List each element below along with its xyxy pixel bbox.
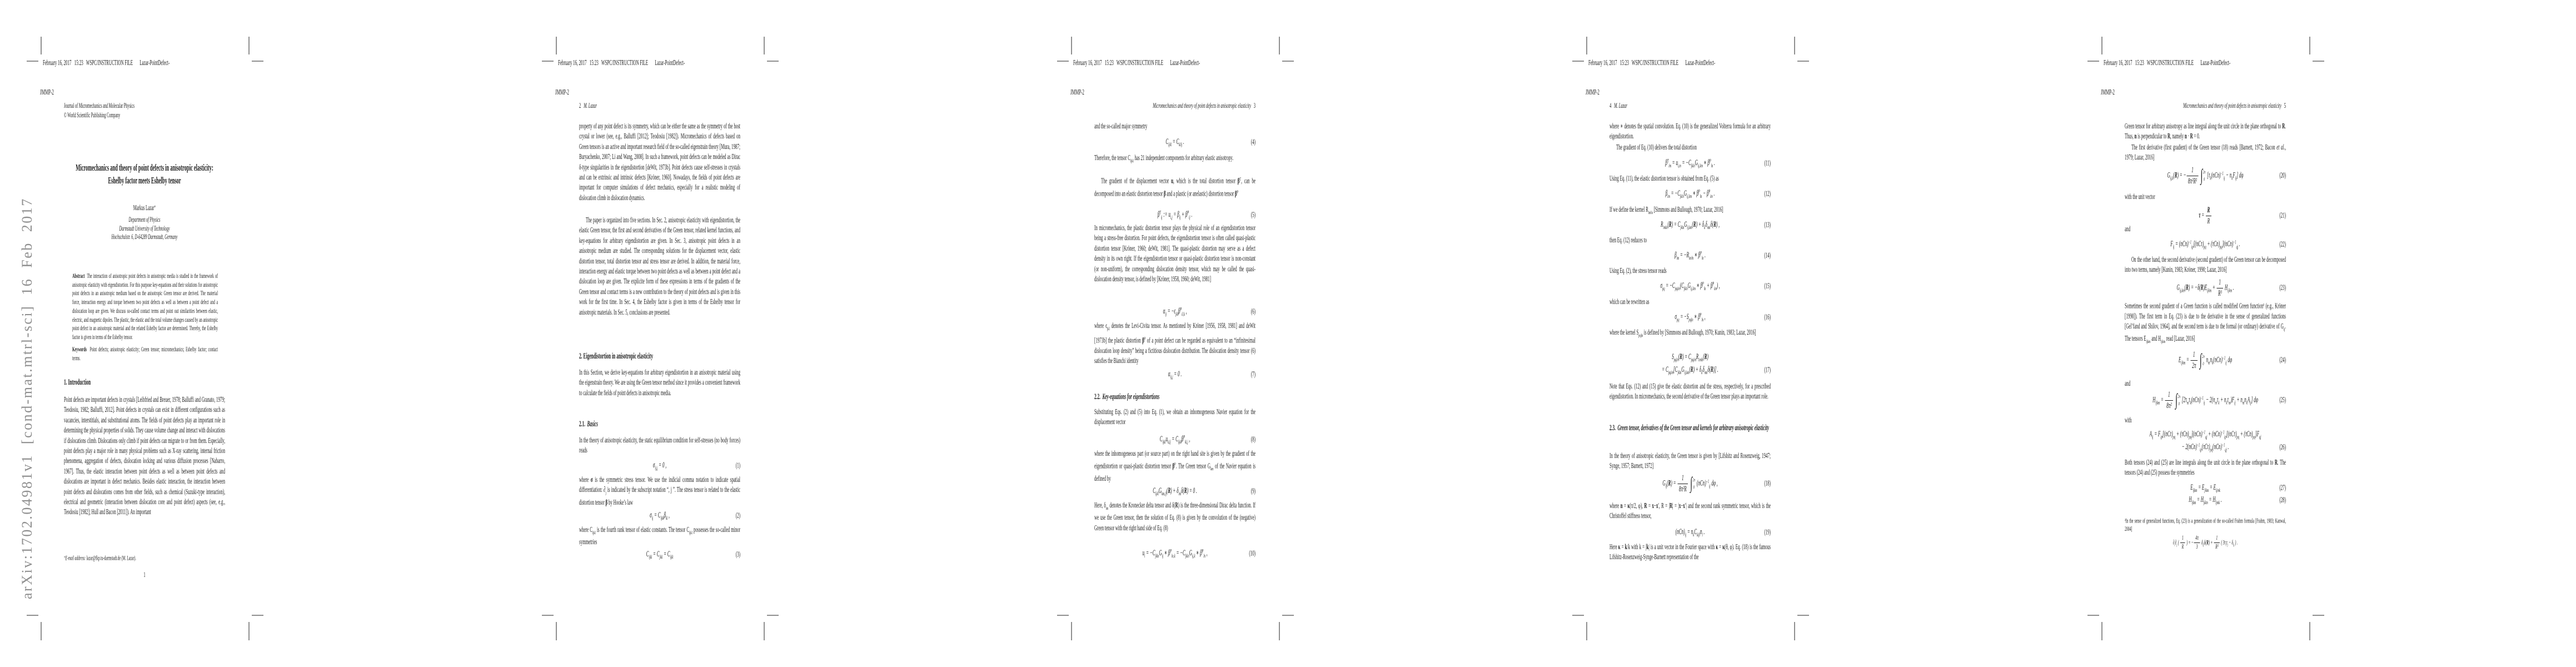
paragraph: with	[2125, 416, 2286, 426]
crop-mark	[27, 61, 38, 62]
paragraph: Point defects are important defects in c…	[64, 395, 225, 518]
page-3: February 16, 2017 15:23 WSPC/INSTRUCTION…	[1030, 0, 1546, 667]
equation-body: βTim = ui,m = −CjklnGij,km ∗ βPln .	[1610, 158, 1771, 169]
equation-10: ui = −CjklnGij ∗ βPln,k = −CjklnGij,k ∗ …	[1094, 548, 1255, 559]
equation-number: (4)	[1251, 137, 1255, 147]
journal-name: Journal of Micromechanics and Molecular …	[64, 101, 225, 111]
paragraph: In micromechanics, the plastic distortio…	[1094, 223, 1255, 285]
equation-27: Eijkm = Ejikm = Eijmk (27)	[2125, 482, 2286, 494]
equation-body: Fij = (nCn)−1ip[(nCτ)pq + (τCn)pq](nCn)−…	[2125, 239, 2286, 250]
subsection-heading-basics: 2.1. Basics	[579, 420, 740, 429]
header-line-2: JMMP-2	[555, 88, 766, 98]
subsection-label: 2.3.	[1610, 424, 1616, 432]
equation-body: βim = −CjklnGij,km ∗ βPln − βPim .	[1610, 188, 1771, 200]
running-head-page-number: 3	[1254, 101, 1255, 109]
equation-body: Eijkm = Ejikm = Eijmk	[2125, 482, 2286, 494]
equation-18: Gij(R) = 18π²R ∫2π0 (nCn)−1ij dφ , (18)	[1610, 474, 1771, 494]
equation-body: βim = −Rimln ∗ βPln .	[1610, 250, 1771, 261]
equation-28: Hijkm = Hjikm = Hijmk . (28)	[2125, 495, 2286, 506]
equation-21: τ = RR (21)	[2125, 206, 2286, 226]
equation-body: σpq = −Cpqim(CjklnGij,km ∗ βPln + βPim) …	[1610, 281, 1771, 292]
paragraph: Sometimes the second gradient of a Green…	[2125, 299, 2286, 347]
equation-24: Eijkm = 12π ∫2π0 nmnk(nCn)−1ij dφ (24)	[2125, 350, 2286, 370]
paragraph: In the theory of anisotropic elasticity,…	[1610, 451, 1771, 472]
footnote-email: ∗E-mail address: lazar@fkp.tu-darmstadt.…	[64, 553, 225, 563]
equation-body: = Cpqim[CjklnGij,km(R) + δilδmnδ(R)] .	[1610, 365, 1771, 376]
crop-mark	[1572, 61, 1584, 62]
subsection-title: Green tensor, derivatives of the Green t…	[1618, 424, 1769, 432]
paragraph: Therefore, the tensor Cijkl has 21 indep…	[1094, 153, 1255, 166]
running-head-title: Micromechanics and theory of point defec…	[2183, 101, 2281, 109]
paragraph: property of any point defect is its symm…	[579, 122, 740, 203]
equation-number: (27)	[2279, 483, 2286, 493]
paragraph: where ∗ denotes the spatial convolution.…	[1610, 122, 1771, 142]
equation-body: αij,j = 0 .	[1094, 369, 1255, 380]
paper-title-line-2: Eshelby factor meets Eshelby tensor	[64, 174, 225, 187]
equation-4: Cijkl = Cklij . (4)	[1094, 137, 1255, 148]
paragraph: with the unit vector	[2125, 192, 2286, 202]
equation-11: βTim = ui,m = −CjklnGij,km ∗ βPln . (11)	[1610, 158, 1771, 169]
equation-17-line-1: Spqln(R) = CpqimRimln(R)	[1610, 352, 1771, 363]
equation-body: τ = RR	[2125, 206, 2286, 226]
equation-26-line-1: Aij = Fip[(nCτ)pq + (τCn)pq](nCn)−1qj + …	[2125, 429, 2286, 440]
equation-body: Spqln(R) = CpqimRimln(R)	[1610, 352, 1771, 363]
header-line-2: JMMP-2	[1586, 88, 1797, 98]
section-heading-introduction: 1. Introduction	[64, 378, 225, 387]
equation-body: Rimln(R) = CjklnGij,km(R) + δilδmnδ(R) ,	[1610, 220, 1771, 231]
equation-body: Gij,km(R) = −δ(R)Eijkm + 1R³ Hijkm .	[2125, 278, 2286, 298]
equation-body: ∂i∂j ( 1R ) = −4π3 δijδ(R) + 1R³ ( 3τiτj…	[2125, 535, 2286, 551]
equation-20: Gij,k(R) = −18π²R² ∫2π0 [τk(nCn)−1ij − n…	[2125, 166, 2286, 186]
equation-body: σpq = −Spqln ∗ βPln ,	[1610, 312, 1771, 323]
running-head: Micromechanics and theory of point defec…	[1094, 101, 1255, 110]
equation-number: (16)	[1764, 312, 1771, 322]
paper-title-line-1: Micromechanics and theory of point defec…	[64, 161, 225, 174]
crop-mark	[542, 615, 554, 616]
equation-22: Fij = (nCn)−1ip[(nCτ)pq + (τCn)pq](nCn)−…	[2125, 239, 2286, 250]
running-head: Micromechanics and theory of point defec…	[2125, 101, 2286, 110]
crop-mark	[1057, 61, 1069, 62]
paragraph: If we define the kernel Rimln [Simmons a…	[1610, 205, 1771, 217]
equation-body: Gij(R) = 18π²R ∫2π0 (nCn)−1ij dφ ,	[1610, 474, 1771, 494]
header-line-2: JMMP-2	[1070, 88, 1282, 98]
footnote-frahm: aIn the sense of generalized functions, …	[2125, 516, 2286, 533]
subsection-heading-key-equations: 2.2. Key-equations for eigendistortions	[1094, 392, 1255, 402]
paragraph: The first derivative (first gradient) of…	[2125, 143, 2286, 163]
equation-number: (13)	[1764, 220, 1771, 230]
paragraph: where the kernel Spqln is defined by [Si…	[1610, 328, 1771, 340]
equation-12: βim = −CjklnGij,km ∗ βPln − βPim . (12)	[1610, 188, 1771, 200]
equation-number: (21)	[2279, 211, 2286, 221]
equation-number: (15)	[1764, 281, 1771, 291]
paragraph: The paper is organized into five section…	[579, 216, 740, 318]
equation-body: (nCn)ij = nkCikjlnl .	[1610, 527, 1771, 538]
equation-body: Aij = Fip[(nCτ)pq + (τCn)pq](nCn)−1qj + …	[2125, 429, 2286, 440]
equation-body: Gij,k(R) = −18π²R² ∫2π0 [τk(nCn)−1ij − n…	[2125, 166, 2286, 186]
equation-number: (5)	[1251, 210, 1255, 220]
equation-body: ui = −CjklnGij ∗ βPln,k = −CjklnGij,k ∗ …	[1094, 548, 1255, 559]
page-2: February 16, 2017 15:23 WSPC/INSTRUCTION…	[515, 0, 1030, 667]
affiliation-university: Darmstadt University of Technology	[64, 225, 225, 233]
running-head-page-number: 4	[1610, 101, 1611, 109]
affiliation-department: Department of Physics	[64, 216, 225, 225]
equation-number: (22)	[2279, 240, 2286, 250]
equation-number: (26)	[2279, 442, 2286, 452]
equation-body: Eijkm = 12π ∫2π0 nmnk(nCn)−1ij dφ	[2125, 350, 2286, 370]
subsection-label: 2.1.	[579, 420, 585, 429]
paragraph: where ϵjkl denotes the Levi-Civita tenso…	[1094, 321, 1255, 367]
affiliation-address: Hochschulstr. 6, D-64289 Darmstadt, Germ…	[64, 233, 225, 242]
equation-25: Hijkm = 18π² ∫2π0 [2τmτk(nCn)−1ij − 2(nm…	[2125, 390, 2286, 410]
subsection-label: 2.2.	[1094, 392, 1100, 401]
header-line-1: February 16, 2017 15:23 WSPC/INSTRUCTION…	[1586, 58, 1797, 68]
author-name: Markus Lazar∗	[64, 203, 225, 212]
paragraph: and	[2125, 225, 2286, 235]
equation-number: (10)	[1249, 549, 1255, 559]
journal-block: Journal of Micromechanics and Molecular …	[64, 101, 225, 120]
paragraph: On the other hand, the second derivative…	[2125, 255, 2286, 276]
equation-16: σpq = −Spqln ∗ βPln , (16)	[1610, 312, 1771, 323]
paragraph: Here κ = k/k with k = |k| is a unit vect…	[1610, 542, 1771, 563]
header-line-1: February 16, 2017 15:23 WSPC/INSTRUCTION…	[40, 58, 251, 68]
equation-number: (3)	[736, 550, 740, 560]
section-heading-eigendistortion: 2. Eigendistortion in anisotropic elasti…	[579, 352, 740, 361]
header-line-1: February 16, 2017 15:23 WSPC/INSTRUCTION…	[555, 58, 766, 68]
equation-body: − 2(nCn)−1ip(τCτ)pq(nCn)−1qj .	[2125, 442, 2286, 453]
crop-mark	[27, 615, 38, 616]
running-head-author: M. Lazar	[1614, 101, 1627, 109]
equation-number: (24)	[2279, 355, 2286, 365]
header-line-1: February 16, 2017 15:23 WSPC/INSTRUCTION…	[2101, 58, 2312, 68]
paragraph: The gradient of the displacement vector …	[1094, 174, 1255, 199]
abstract: Abstract The interaction of anisotropic …	[72, 272, 218, 342]
equation-number: (6)	[1251, 307, 1255, 317]
equation-13: Rimln(R) = CjklnGij,km(R) + δilδmnδ(R) ,…	[1610, 220, 1771, 231]
equation-7: αij,j = 0 . (7)	[1094, 369, 1255, 380]
equation-number: (7)	[1251, 370, 1255, 380]
subsection-title: Basics	[587, 420, 598, 429]
crop-mark	[2087, 615, 2099, 616]
equation-17-line-2: = Cpqim[CjklnGij,km(R) + δilδmnδ(R)] . (…	[1610, 365, 1771, 376]
equation-9: CijklGkm,lj(R) + δimδ(R) = 0 . (9)	[1094, 486, 1255, 497]
header-line-2: JMMP-2	[2101, 88, 2312, 98]
equation-number: (12)	[1764, 189, 1771, 199]
running-head-page-number: 2	[579, 101, 581, 109]
paragraph: then Eq. (12) reduces to	[1610, 236, 1771, 246]
equation-14: βim = −Rimln ∗ βPln . (14)	[1610, 250, 1771, 261]
paragraph: In the theory of anisotropic elasticity,…	[579, 436, 740, 456]
equation-number: (14)	[1764, 251, 1771, 261]
equation-body: σij = Cijklβkl ,	[579, 510, 740, 521]
paragraph: Here, δim denotes the Kronecker delta te…	[1094, 501, 1255, 534]
footnote-equation: ∂i∂j ( 1R ) = −4π3 δijδ(R) + 1R³ ( 3τiτj…	[2125, 535, 2286, 551]
affiliation-block: Department of Physics Darmstadt Universi…	[64, 216, 225, 242]
equation-body: Cijkl = Cjikl = Cijlk	[579, 549, 740, 560]
equation-body: CijklGkm,lj(R) + δimδ(R) = 0 .	[1094, 486, 1255, 497]
paragraph: where n = κ(π/2, φ), R = x−x′, R = |R| =…	[1610, 501, 1771, 522]
equation-6: αij = −ϵjklβPil,k , (6)	[1094, 306, 1255, 317]
paragraph: where the inhomogeneous part (or source …	[1094, 449, 1255, 484]
equation-number: (9)	[1251, 486, 1255, 496]
header-line-1: February 16, 2017 15:23 WSPC/INSTRUCTION…	[1070, 58, 1282, 68]
paragraph: In this Section, we derive key-equations…	[579, 368, 740, 399]
running-head: 4 M. Lazar	[1610, 101, 1771, 110]
crop-mark	[1057, 615, 1069, 616]
equation-number: (19)	[1764, 527, 1771, 537]
keywords-label: Keywords	[72, 345, 87, 353]
equation-body: Hijkm = Hjikm = Hijmk .	[2125, 495, 2286, 506]
abstract-text: The interaction of anisotropic point def…	[72, 272, 218, 341]
running-head: 2 M. Lazar	[579, 101, 740, 110]
paragraph: Green tensor for arbitrary anisotropy as…	[2125, 122, 2286, 142]
crop-mark	[542, 61, 554, 62]
crop-mark	[2087, 61, 2099, 62]
subsection-heading-green-tensor: 2.3. Green tensor, derivatives of the Gr…	[1610, 424, 1782, 433]
arxiv-watermark: arXiv:1702.04981v1 [cond-mat.mtrl-sci] 1…	[19, 82, 36, 599]
paragraph: The gradient of Eq. (10) delivers the to…	[1610, 143, 1771, 153]
equation-3: Cijkl = Cjikl = Cijlk (3)	[579, 549, 740, 560]
equation-8: Cijkluk,lj = CijklβPkl,j , (8)	[1094, 434, 1255, 445]
paragraph: and the so-called major symmetry	[1094, 122, 1255, 132]
page-5: February 16, 2017 15:23 WSPC/INSTRUCTION…	[2061, 0, 2576, 667]
equation-number: (20)	[2279, 171, 2286, 181]
paragraph: where σ is the symmetric stress tensor. …	[579, 475, 740, 508]
equation-number: (25)	[2279, 395, 2286, 405]
page-1: arXiv:1702.04981v1 [cond-mat.mtrl-sci] 1…	[0, 0, 515, 667]
equation-number: (28)	[2279, 495, 2286, 505]
equation-number: (17)	[1764, 365, 1771, 375]
equation-15: σpq = −Cpqim(CjklnGij,km ∗ βPln + βPim) …	[1610, 281, 1771, 292]
equation-26-line-2: − 2(nCn)−1ip(τCτ)pq(nCn)−1qj . (26)	[2125, 442, 2286, 453]
equation-number: (8)	[1251, 435, 1255, 445]
paragraph: Both tensors (24) and (25) are line inte…	[2125, 458, 2286, 479]
paper-title: Micromechanics and theory of point defec…	[64, 161, 225, 187]
keywords: Keywords Point defects; anisotropic elas…	[72, 345, 218, 362]
paragraph: which can be rewritten as	[1610, 297, 1771, 307]
equation-number: (18)	[1764, 479, 1771, 489]
equation-number: (2)	[736, 511, 740, 521]
paragraph: where Cijkl is the fourth rank tensor of…	[579, 525, 740, 548]
equation-body: βTij := ui,j = βij + βPij .	[1094, 210, 1255, 221]
equation-number: (11)	[1765, 158, 1771, 168]
paragraph: Substituting Eqs. (2) and (5) into Eq. (…	[1094, 407, 1255, 428]
equation-19: (nCn)ij = nkCikjlnl . (19)	[1610, 527, 1771, 538]
document-canvas: { "shared": { "header_line1": "February …	[0, 0, 2576, 667]
abstract-label: Abstract	[72, 272, 84, 280]
equation-body: σij,j = 0 ,	[579, 460, 740, 471]
keywords-text: Point defects; anisotropic elasticity; G…	[72, 345, 218, 362]
paragraph: and	[2125, 379, 2286, 389]
paragraph: Using Eq. (2), the stress tensor reads	[1610, 266, 1771, 276]
equation-1: σij,j = 0 , (1)	[579, 460, 740, 471]
copyright-line: © World Scientific Publishing Company	[64, 111, 225, 120]
running-head-page-number: 5	[2284, 101, 2286, 109]
running-head-title: Micromechanics and theory of point defec…	[1153, 101, 1251, 109]
equation-body: Cijkluk,lj = CijklβPkl,j ,	[1094, 434, 1255, 445]
equation-number: (1)	[736, 461, 740, 471]
crop-mark	[1572, 615, 1584, 616]
equation-number: (23)	[2279, 283, 2286, 293]
equation-2: σij = Cijklβkl , (2)	[579, 510, 740, 521]
paragraph: Using Eq. (11), the elastic distortion t…	[1610, 174, 1771, 184]
subsection-title: Key-equations for eigendistortions	[1103, 392, 1160, 401]
paragraph: Note that Eqs. (12) and (15) give the el…	[1610, 382, 1771, 402]
equation-body: αij = −ϵjklβPil,k ,	[1094, 306, 1255, 317]
running-head-author: M. Lazar	[584, 101, 597, 109]
equation-body: Cijkl = Cklij .	[1094, 137, 1255, 148]
equation-body: Hijkm = 18π² ∫2π0 [2τmτk(nCn)−1ij − 2(nm…	[2125, 390, 2286, 410]
equation-23: Gij,km(R) = −δ(R)Eijkm + 1R³ Hijkm . (23…	[2125, 278, 2286, 298]
header-line-2: JMMP-2	[40, 88, 251, 98]
page-number: 1	[64, 570, 225, 579]
equation-5: βTij := ui,j = βij + βPij . (5)	[1094, 210, 1255, 221]
page-4: February 16, 2017 15:23 WSPC/INSTRUCTION…	[1546, 0, 2061, 667]
